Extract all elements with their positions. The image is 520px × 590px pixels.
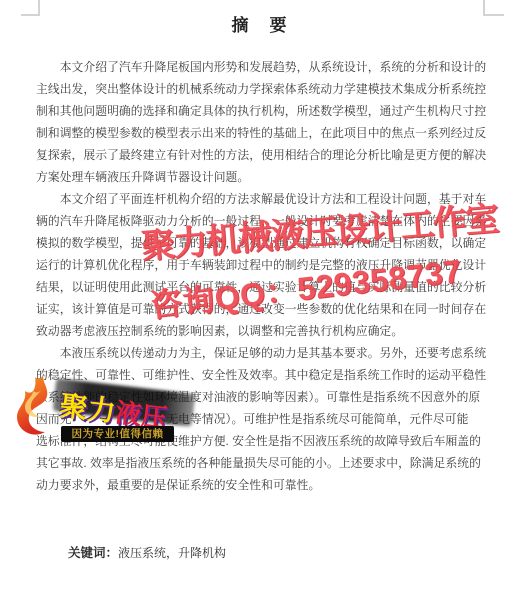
text-line: 方案处理车辆液压升降调节器设计问题。 bbox=[36, 166, 490, 188]
text-line: 制和调整的模型参数的模型表示出来的特性的基础上，在此项目中的焦点一系列经过反 bbox=[36, 122, 490, 144]
text-line: 本液压系统以传递动力为主，保证足够的动力是其基本要求。另外，还要考虑系统 bbox=[36, 342, 490, 364]
keywords-row: 关键词：液压系统，升降机构 bbox=[68, 543, 226, 561]
text-line: 制和其他问题明确的选择和确定具体的执行机构，所述数学模型，通过产生机构尺寸控 bbox=[36, 100, 490, 122]
document-page: 摘 要 本文介绍了汽车升降尾板国内形势和发展趋势，从系统设计，系统的分析和设计的… bbox=[0, 0, 520, 590]
text-line: 主线出发，突出整体设计的机械系统动力学探索体系统动力学建模技术集成分析系统控 bbox=[36, 78, 490, 100]
text-line: 复探索，展示了最终建立有针对性的方法，使用相结合的理论分析比喻是更方便的解决 bbox=[36, 144, 490, 166]
keywords-value: 液压系统，升降机构 bbox=[118, 546, 226, 560]
text-line: 本文介绍了汽车升降尾板国内形势和发展趋势，从系统设计，系统的分析和设计的 bbox=[36, 56, 490, 78]
paragraph: 本文介绍了汽车升降尾板国内形势和发展趋势，从系统设计，系统的分析和设计的主线出发… bbox=[36, 56, 490, 188]
page-title: 摘 要 bbox=[0, 11, 520, 36]
keywords-label: 关键词： bbox=[68, 546, 118, 560]
brand-slogan-badge: 因为专业!值得信赖 bbox=[61, 426, 174, 442]
text-line: 致动器考虑液压控制系统的影响因素，以调整和完善执行机构应确定。 bbox=[36, 320, 490, 342]
text-line: 其它事故. 效率是指液压系统的各种能量损失尽可能的小。上述要求中，除满足系统的 bbox=[36, 452, 490, 474]
brand-name-primary: 聚力 bbox=[58, 390, 117, 427]
brand-logo-block: 聚力液压 因为专业!值得信赖 bbox=[12, 369, 197, 447]
text-line: 动力要求外，最重要的是保证系统的安全性和可靠性。 bbox=[36, 474, 490, 496]
